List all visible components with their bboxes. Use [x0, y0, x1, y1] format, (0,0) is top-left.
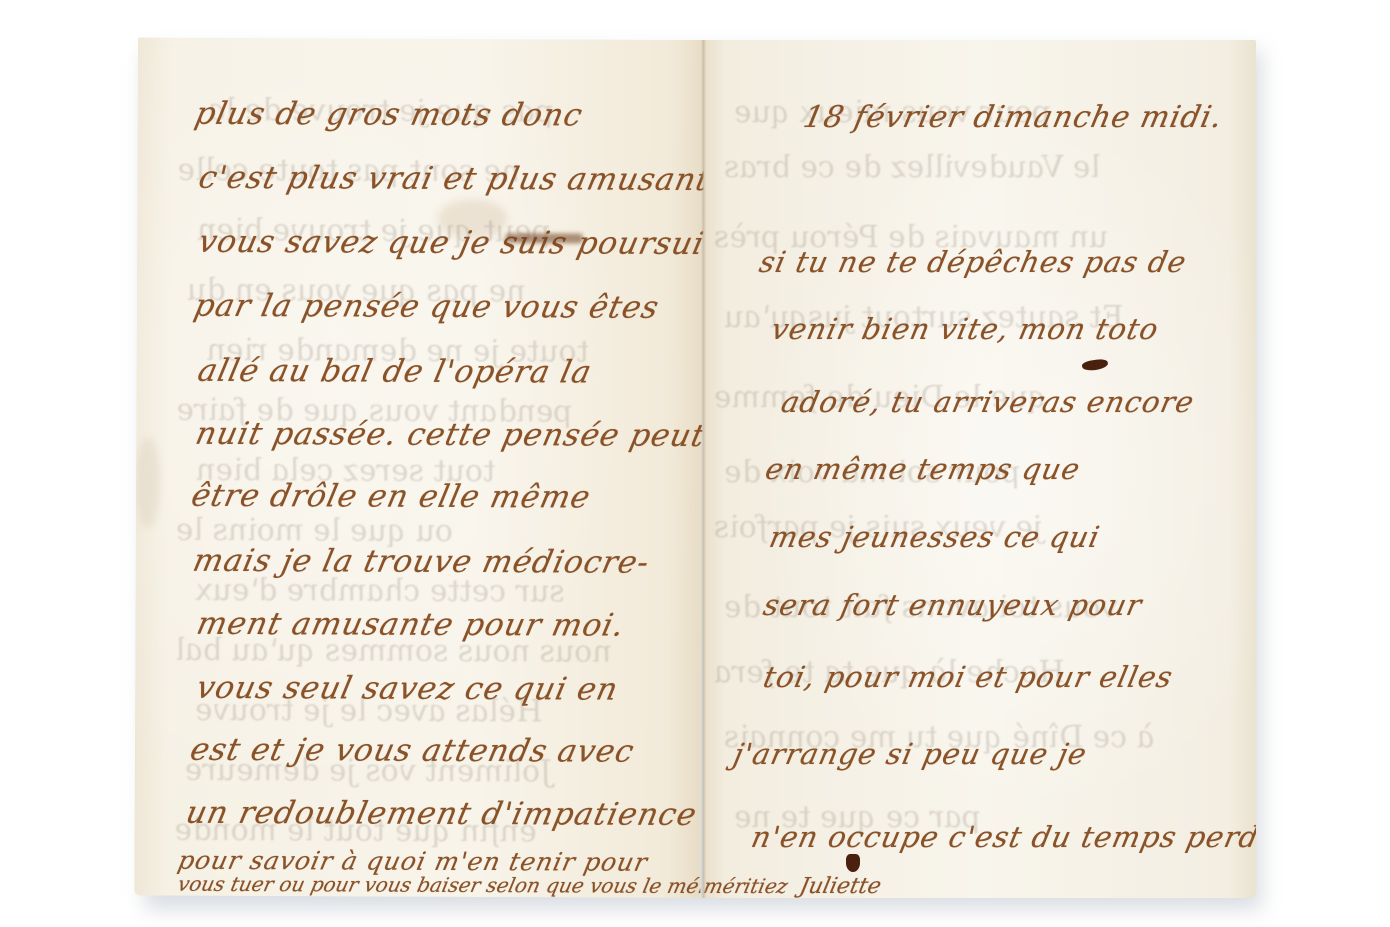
handwritten-line: mais je la trouve médiocre- — [190, 543, 653, 581]
handwritten-line: en même temps que — [762, 452, 1083, 486]
handwritten-line: ment amusante pour moi. — [194, 606, 629, 644]
handwritten-line: venir bien vite, mon toto — [768, 312, 1162, 346]
letter-date-heading: 18 février dimanche midi. — [800, 100, 1226, 135]
crossed-out-word — [505, 233, 583, 243]
paper-stain — [136, 438, 160, 528]
signature: Juliette — [797, 874, 883, 898]
folded-letter: pas que je trouve de la ne sont pas tout… — [138, 40, 1256, 898]
handwritten-line: allé au bal de l'opéra la — [195, 353, 596, 391]
left-page: pas que je trouve de la ne sont pas tout… — [134, 38, 704, 898]
handwritten-line: sera fort ennuyeux pour — [760, 588, 1145, 622]
handwritten-line: vous seul savez ce qui en — [193, 670, 622, 708]
cross-written-footer-continuation: méritiez — [704, 874, 790, 898]
handwritten-line: par la pensée que vous êtes — [191, 288, 663, 326]
handwritten-line: nuit passée. cette pensée peut — [192, 416, 704, 454]
handwritten-line: adoré, tu arriveras encore — [778, 385, 1197, 419]
ink-blot — [1081, 358, 1108, 372]
handwritten-line: est et je vous attends avec — [187, 732, 638, 770]
handwritten-line: si tu ne te dépêches pas de — [756, 245, 1190, 279]
handwritten-line: un redoublement d'impatience — [183, 795, 701, 833]
handwritten-line: j'arrange si peu que je — [730, 737, 1090, 771]
cross-written-footer-line: vous tuer ou pour vous baiser selon que … — [176, 872, 704, 898]
handwritten-line: vous savez que je suis poursuivie — [195, 224, 704, 262]
handwritten-line: mes jeunesses ce qui — [766, 520, 1103, 554]
bleed-through-line: le Vaudevillez de ce bras — [721, 150, 1103, 185]
ink-blot — [846, 854, 860, 872]
handwritten-line: toi, pour moi et pour elles — [760, 660, 1176, 694]
handwritten-line: n'en occupe c'est du temps perdu — [748, 820, 1256, 854]
center-fold — [701, 40, 706, 898]
handwritten-line: c'est plus vrai et plus amusant — [195, 160, 704, 198]
handwritten-line: plus de gros mots donc — [192, 96, 587, 134]
right-page: pour vous mieux que le Vaudevillez de ce… — [704, 40, 1256, 898]
handwritten-line: être drôle en elle même — [188, 478, 594, 516]
photo-stage: pas que je trouve de la ne sont pas tout… — [0, 0, 1390, 927]
